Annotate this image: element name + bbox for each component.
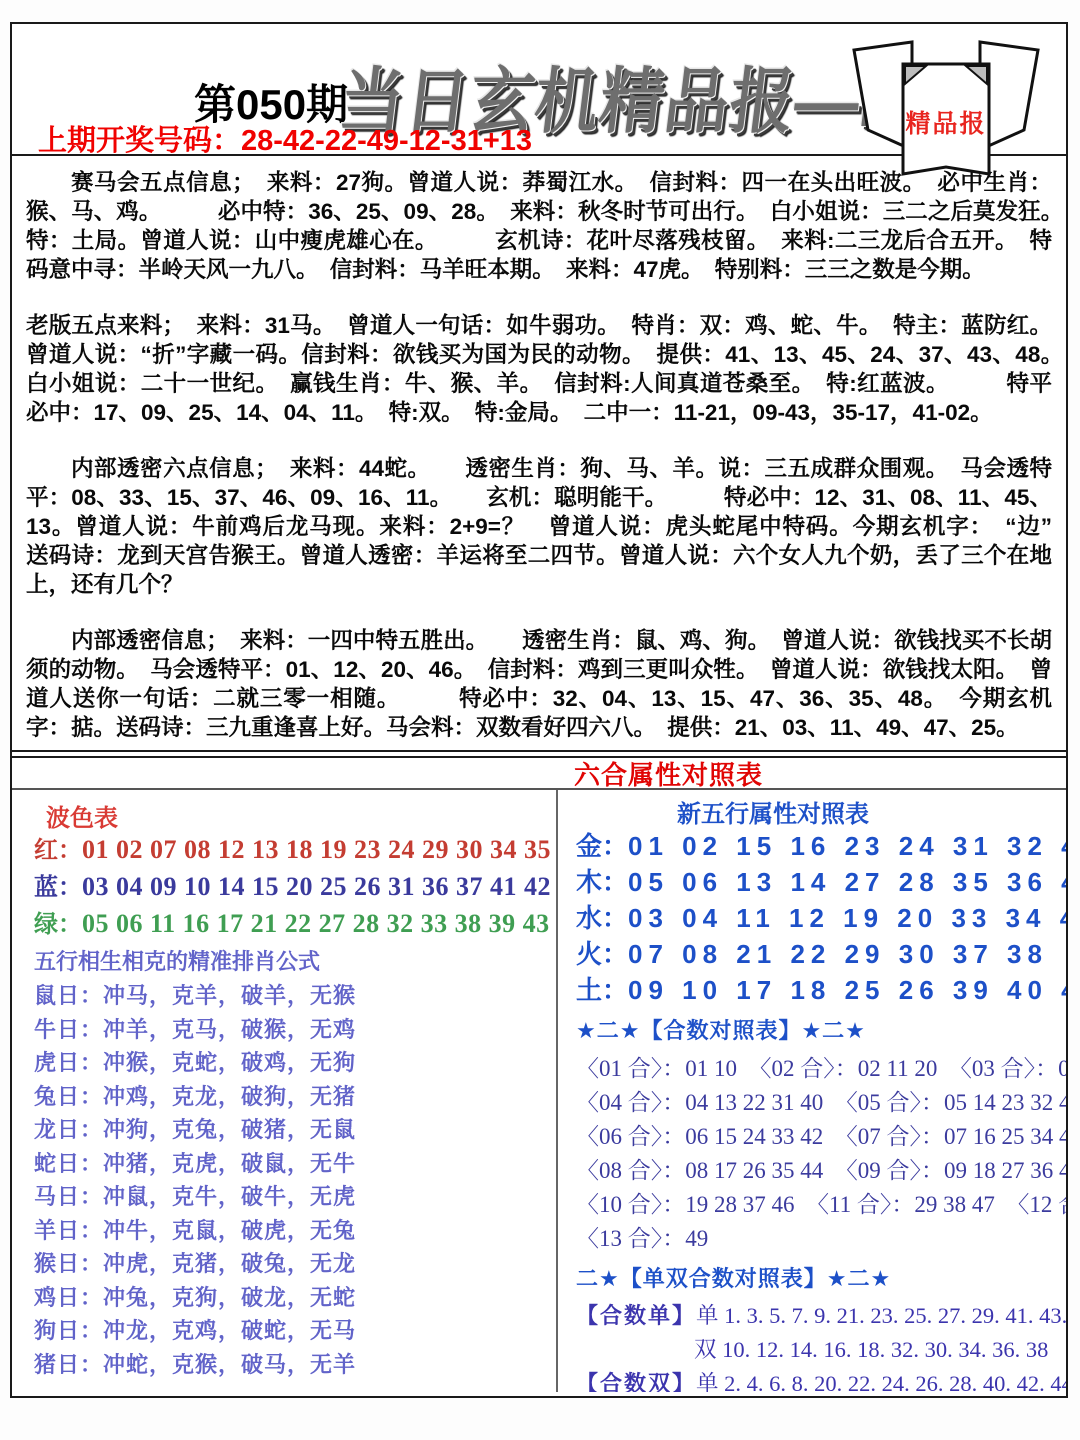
tips-block-4: 内部透密信息； 来料：一四中特五胜出。 透密生肖：鼠、鸡、狗。 曾道人说：欲钱找… [26, 626, 1052, 742]
zodiac-formula-row: 马日：冲鼠，克牛，破牛，无虎 [34, 1180, 550, 1214]
sum-table-row: 〈13 合〉：49 [576, 1220, 1060, 1254]
ribbon-banner: 精品报 [848, 26, 1044, 176]
sum-odd-row: 【合数单】单 1. 3. 5. 7. 9. 21. 23. 25. 27. 29… [576, 1298, 1060, 1332]
zodiac-formula-row: 龙日：冲狗，克兔，破猪，无鼠 [34, 1113, 550, 1147]
sum-even-label: 【合数双】 [576, 1371, 696, 1392]
five-elements-row-wood: 木：05 06 13 14 27 28 35 36 43 44 [576, 862, 1060, 898]
tips-block-2: 老版五点来料； 来料：31马。 曾道人一句话：如牛弱功。 特肖：双：鸡、蛇、牛。… [26, 311, 1052, 427]
tips-block-1: 赛马会五点信息； 来料：27狗。曾道人说：莽蜀江水。 信封料：四一在头出旺波。 … [26, 168, 1052, 284]
zodiac-formula-row: 羊日：冲牛，克鼠，破虎，无兔 [34, 1214, 550, 1248]
zodiac-formula-row: 猪日：冲蛇，克猴，破马，无羊 [34, 1348, 550, 1382]
five-elements-row-fire: 火：07 08 21 22 29 30 37 38 [576, 934, 1060, 970]
green-label: 绿： [34, 911, 82, 938]
sum-odd-line2: 双 10. 12. 14. 16. 18. 32. 30. 34. 36. 38 [694, 1337, 1048, 1362]
fire-numbers: 07 08 21 22 29 30 37 38 [628, 939, 1048, 969]
five-elements-row-earth: 土：09 10 17 18 25 26 39 40 47 48 [576, 970, 1060, 1006]
ribbon-icon [848, 26, 1044, 176]
color-wave-title: 波色表 [34, 798, 550, 830]
sum-odd-line1: 单 1. 3. 5. 7. 9. 21. 23. 25. 27. 29. 41.… [696, 1303, 1066, 1328]
sum-table-row: 〈01 合〉：01 10 〈02 合〉：02 11 20 〈03 合〉：03 1… [576, 1050, 1060, 1084]
zodiac-formula-row: 猴日：冲虎，克猪，破兔，无龙 [34, 1247, 550, 1281]
zodiac-formula-row: 牛日：冲羊，克马，破猴，无鸡 [34, 1013, 550, 1047]
right-column: 新五行属性对照表 金：01 02 15 16 23 24 31 32 45 46… [558, 790, 1066, 1392]
sum-table-row: 〈08 合〉：08 17 26 35 44 〈09 合〉：09 18 27 36… [576, 1152, 1060, 1186]
blue-label: 蓝： [34, 874, 82, 901]
sum-odd-label: 【合数单】 [576, 1303, 696, 1328]
zodiac-formula-row: 蛇日：冲猪，克虎，破鼠，无牛 [34, 1147, 550, 1181]
water-numbers: 03 04 11 12 19 20 33 34 41 42 49 [628, 903, 1066, 933]
left-column: 波色表 红：01 02 07 08 12 13 18 19 23 24 29 3… [12, 790, 558, 1392]
five-elements-row-water: 水：03 04 11 12 19 20 33 34 41 42 49 [576, 898, 1060, 934]
zodiac-formula-row: 狗日：冲龙，克鸡，破蛇，无马 [34, 1314, 550, 1348]
sheet-frame: 第050期 当日玄机精品报—B 上期开奖号码：28-42-22-49-12-31… [10, 22, 1068, 1398]
earth-label: 土： [576, 975, 628, 1005]
sum-even-line1: 单 2. 4. 6. 8. 20. 22. 24. 26. 28. 40. 42… [696, 1371, 1066, 1392]
zodiac-formula-row: 鸡日：冲兔，克狗，破龙，无蛇 [34, 1281, 550, 1315]
zodiac-formula-row: 虎日：冲猴，克蛇，破鸡，无狗 [34, 1046, 550, 1080]
attribute-table-title-row: 六合属性对照表 [12, 756, 1066, 790]
sum-table-row: 〈04 合〉：04 13 22 31 40 〈05 合〉：05 14 23 32… [576, 1084, 1060, 1118]
five-elements-title: 新五行属性对照表 [576, 794, 1060, 826]
sum-table-row: 〈10 合〉：19 28 37 46 〈11 合〉：29 38 47 〈12 合… [576, 1186, 1060, 1220]
water-label: 水： [576, 903, 628, 933]
earth-numbers: 09 10 17 18 25 26 39 40 47 48 [628, 975, 1066, 1005]
fire-label: 火： [576, 939, 628, 969]
masthead-header: 第050期 当日玄机精品报—B 上期开奖号码：28-42-22-49-12-31… [12, 24, 1066, 156]
blue-numbers: 03 04 09 10 14 15 20 25 26 31 36 37 41 4… [82, 872, 558, 901]
red-numbers: 01 02 07 08 12 13 18 19 23 24 29 30 34 3… [82, 835, 558, 864]
wood-numbers: 05 06 13 14 27 28 35 36 43 44 [628, 867, 1066, 897]
last-draw-numbers: 上期开奖号码：28-42-22-49-12-31+13 [38, 118, 532, 159]
zodiac-formula-row: 鼠日：冲马，克羊，破羊，无猴 [34, 979, 550, 1013]
color-wave-row-green: 绿：05 06 11 16 17 21 22 27 28 32 33 38 39… [34, 904, 550, 941]
tips-section: 赛马会五点信息； 来料：27狗。曾道人说：莽蜀江水。 信封料：四一在头出旺波。 … [12, 156, 1066, 752]
gold-label: 金： [576, 831, 628, 861]
sum-even-row: 【合数双】单 2. 4. 6. 8. 20. 22. 24. 26. 28. 4… [576, 1366, 1060, 1392]
green-numbers: 05 06 11 16 17 21 22 27 28 32 33 38 39 4… [82, 909, 558, 938]
tips-block-3: 内部透密六点信息； 来料：44蛇。 透密生肖：狗、马、羊。说：三五成群众围观。 … [26, 454, 1052, 599]
attribute-tables: 波色表 红：01 02 07 08 12 13 18 19 23 24 29 3… [12, 790, 1066, 1392]
zodiac-formula-row: 兔日：冲鸡，克龙，破狗，无猪 [34, 1080, 550, 1114]
five-elements-row-gold: 金：01 02 15 16 23 24 31 32 45 46 [576, 826, 1060, 862]
color-wave-row-red: 红：01 02 07 08 12 13 18 19 23 24 29 30 34… [34, 830, 550, 867]
sum-table-row: 〈06 合〉：06 15 24 33 42 〈07 合〉：07 16 25 34… [576, 1118, 1060, 1152]
attribute-table-title: 六合属性对照表 [574, 755, 763, 792]
color-wave-row-blue: 蓝：03 04 09 10 14 15 20 25 26 31 36 37 41… [34, 867, 550, 904]
zodiac-formula-title: 五行相生相克的精准排肖公式 [34, 945, 550, 979]
sum-table-header: ★二★【合数对照表】★二★ [576, 1014, 1060, 1050]
red-label: 红： [34, 837, 82, 864]
wood-label: 木： [576, 867, 628, 897]
gold-numbers: 01 02 15 16 23 24 31 32 45 46 [628, 831, 1066, 861]
odd-even-sum-header: 二★【单双合数对照表】★二★ [576, 1262, 1060, 1298]
sum-odd-row-cont: 双 10. 12. 14. 16. 18. 32. 30. 34. 36. 38 [576, 1332, 1060, 1366]
banner-label: 精品报 [848, 104, 1044, 140]
